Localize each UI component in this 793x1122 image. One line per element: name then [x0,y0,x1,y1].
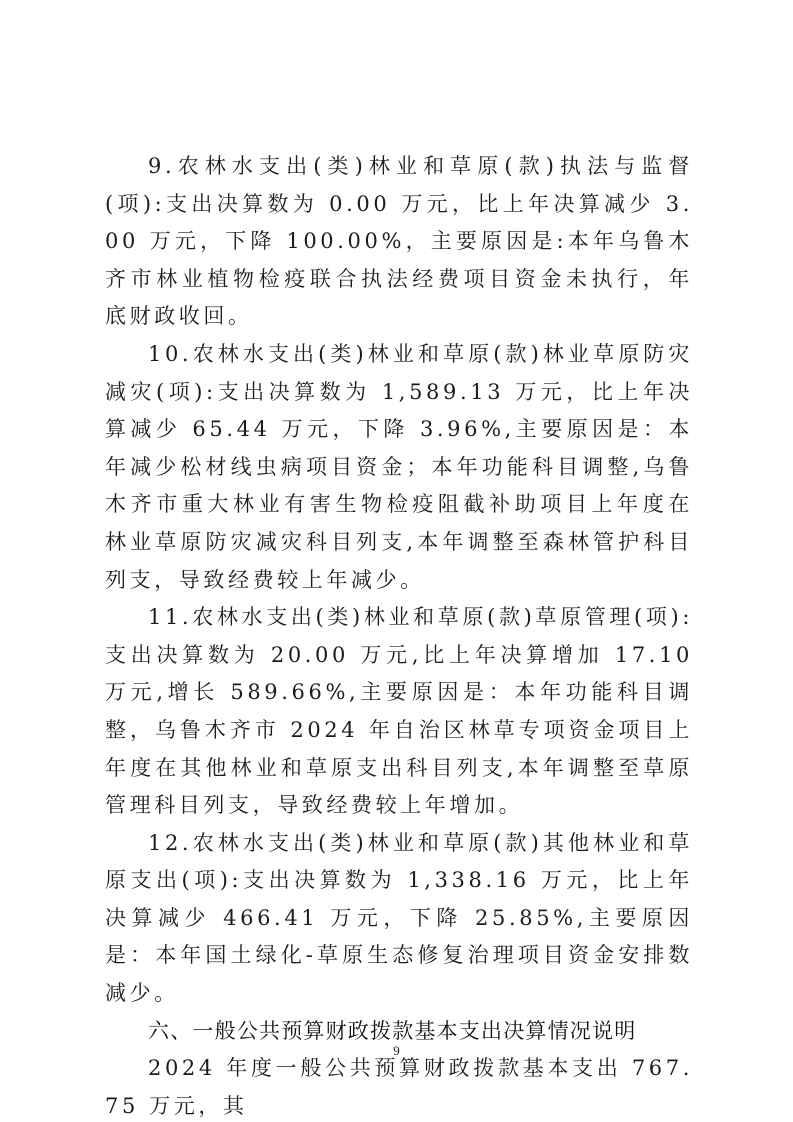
page-number: 9 [0,1043,793,1059]
paragraph-item-12: 12.农林水支出(类)林业和草原(款)其他林业和草原支出(项):支出决算数为 1… [105,825,693,1013]
paragraph-item-9: 9.农林水支出(类)林业和草原(款)执法与监督(项):支出决算数为 0.00 万… [105,148,693,336]
paragraph-item-10: 10.农林水支出(类)林业和草原(款)林业草原防灾减灾(项):支出决算数为 1,… [105,336,693,599]
paragraph-item-11: 11.农林水支出(类)林业和草原(款)草原管理(项):支出决算数为 20.00 … [105,599,693,825]
section-intro-paragraph: 2024 年度一般公共预算财政拨款基本支出 767.75 万元，其 [105,1050,693,1122]
document-page: 9.农林水支出(类)林业和草原(款)执法与监督(项):支出决算数为 0.00 万… [105,148,693,1122]
